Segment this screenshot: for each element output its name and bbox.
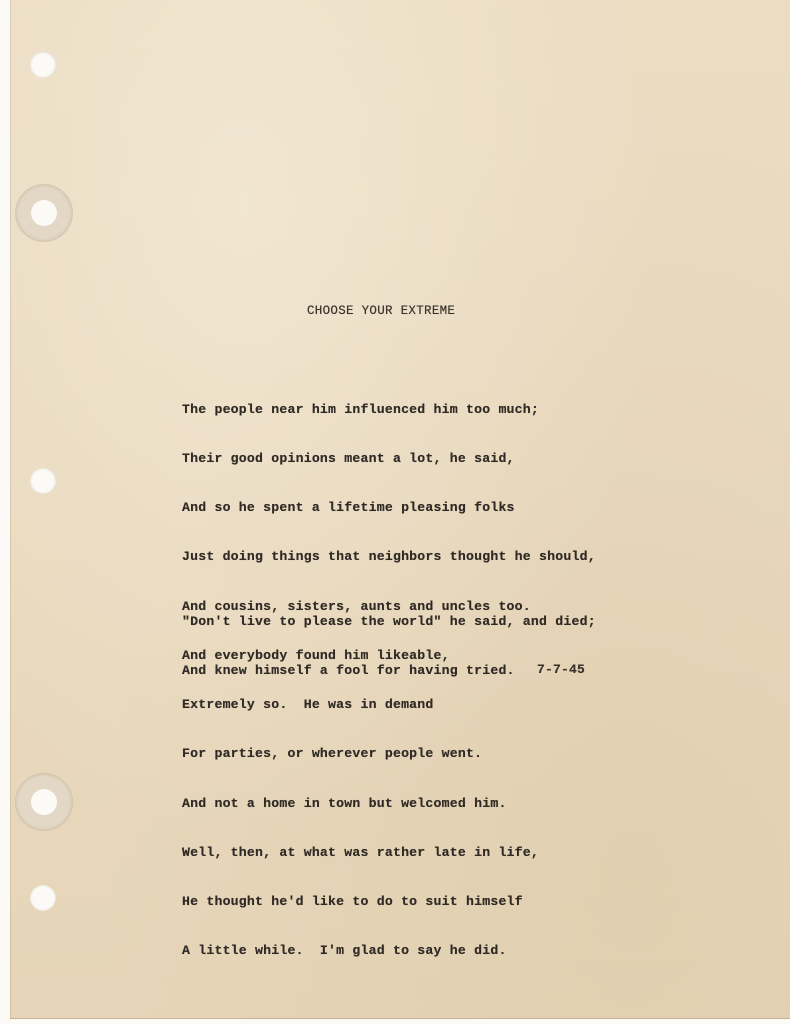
poem-title: CHOOSE YOUR EXTREME (307, 304, 455, 318)
poem-line: Their good opinions meant a lot, he said… (182, 451, 596, 467)
punch-hole-2 (31, 200, 57, 226)
poem-line: Just doing things that neighbors thought… (182, 549, 596, 565)
poem-line: And so he spent a lifetime pleasing folk… (182, 500, 596, 516)
punch-hole-4 (31, 789, 57, 815)
punch-hole-3 (30, 468, 56, 494)
hole-reinforcement-ring-2 (16, 774, 72, 830)
poem-line: "Don't live to please the world" he said… (182, 614, 596, 630)
poem-line: Well, then, at what was rather late in l… (182, 845, 596, 861)
poem-date: 7-7-45 (537, 662, 585, 677)
hole-reinforcement-ring-1 (16, 185, 72, 241)
poem-line: For parties, or wherever people went. (182, 746, 596, 762)
scanned-page: CHOOSE YOUR EXTREME The people near him … (0, 0, 790, 1024)
punch-hole-1 (30, 52, 56, 78)
poem-line: And knew himself a fool for having tried… (182, 663, 596, 679)
poem-line: And not a home in town but welcomed him. (182, 796, 596, 812)
poem-line: The people near him influenced him too m… (182, 402, 596, 418)
punch-hole-5 (30, 885, 56, 911)
poem-stanza-2-couplet: "Don't live to please the world" he said… (182, 581, 596, 712)
poem-line: A little while. I'm glad to say he did. (182, 943, 596, 959)
poem-line: He thought he'd like to do to suit himse… (182, 894, 596, 910)
